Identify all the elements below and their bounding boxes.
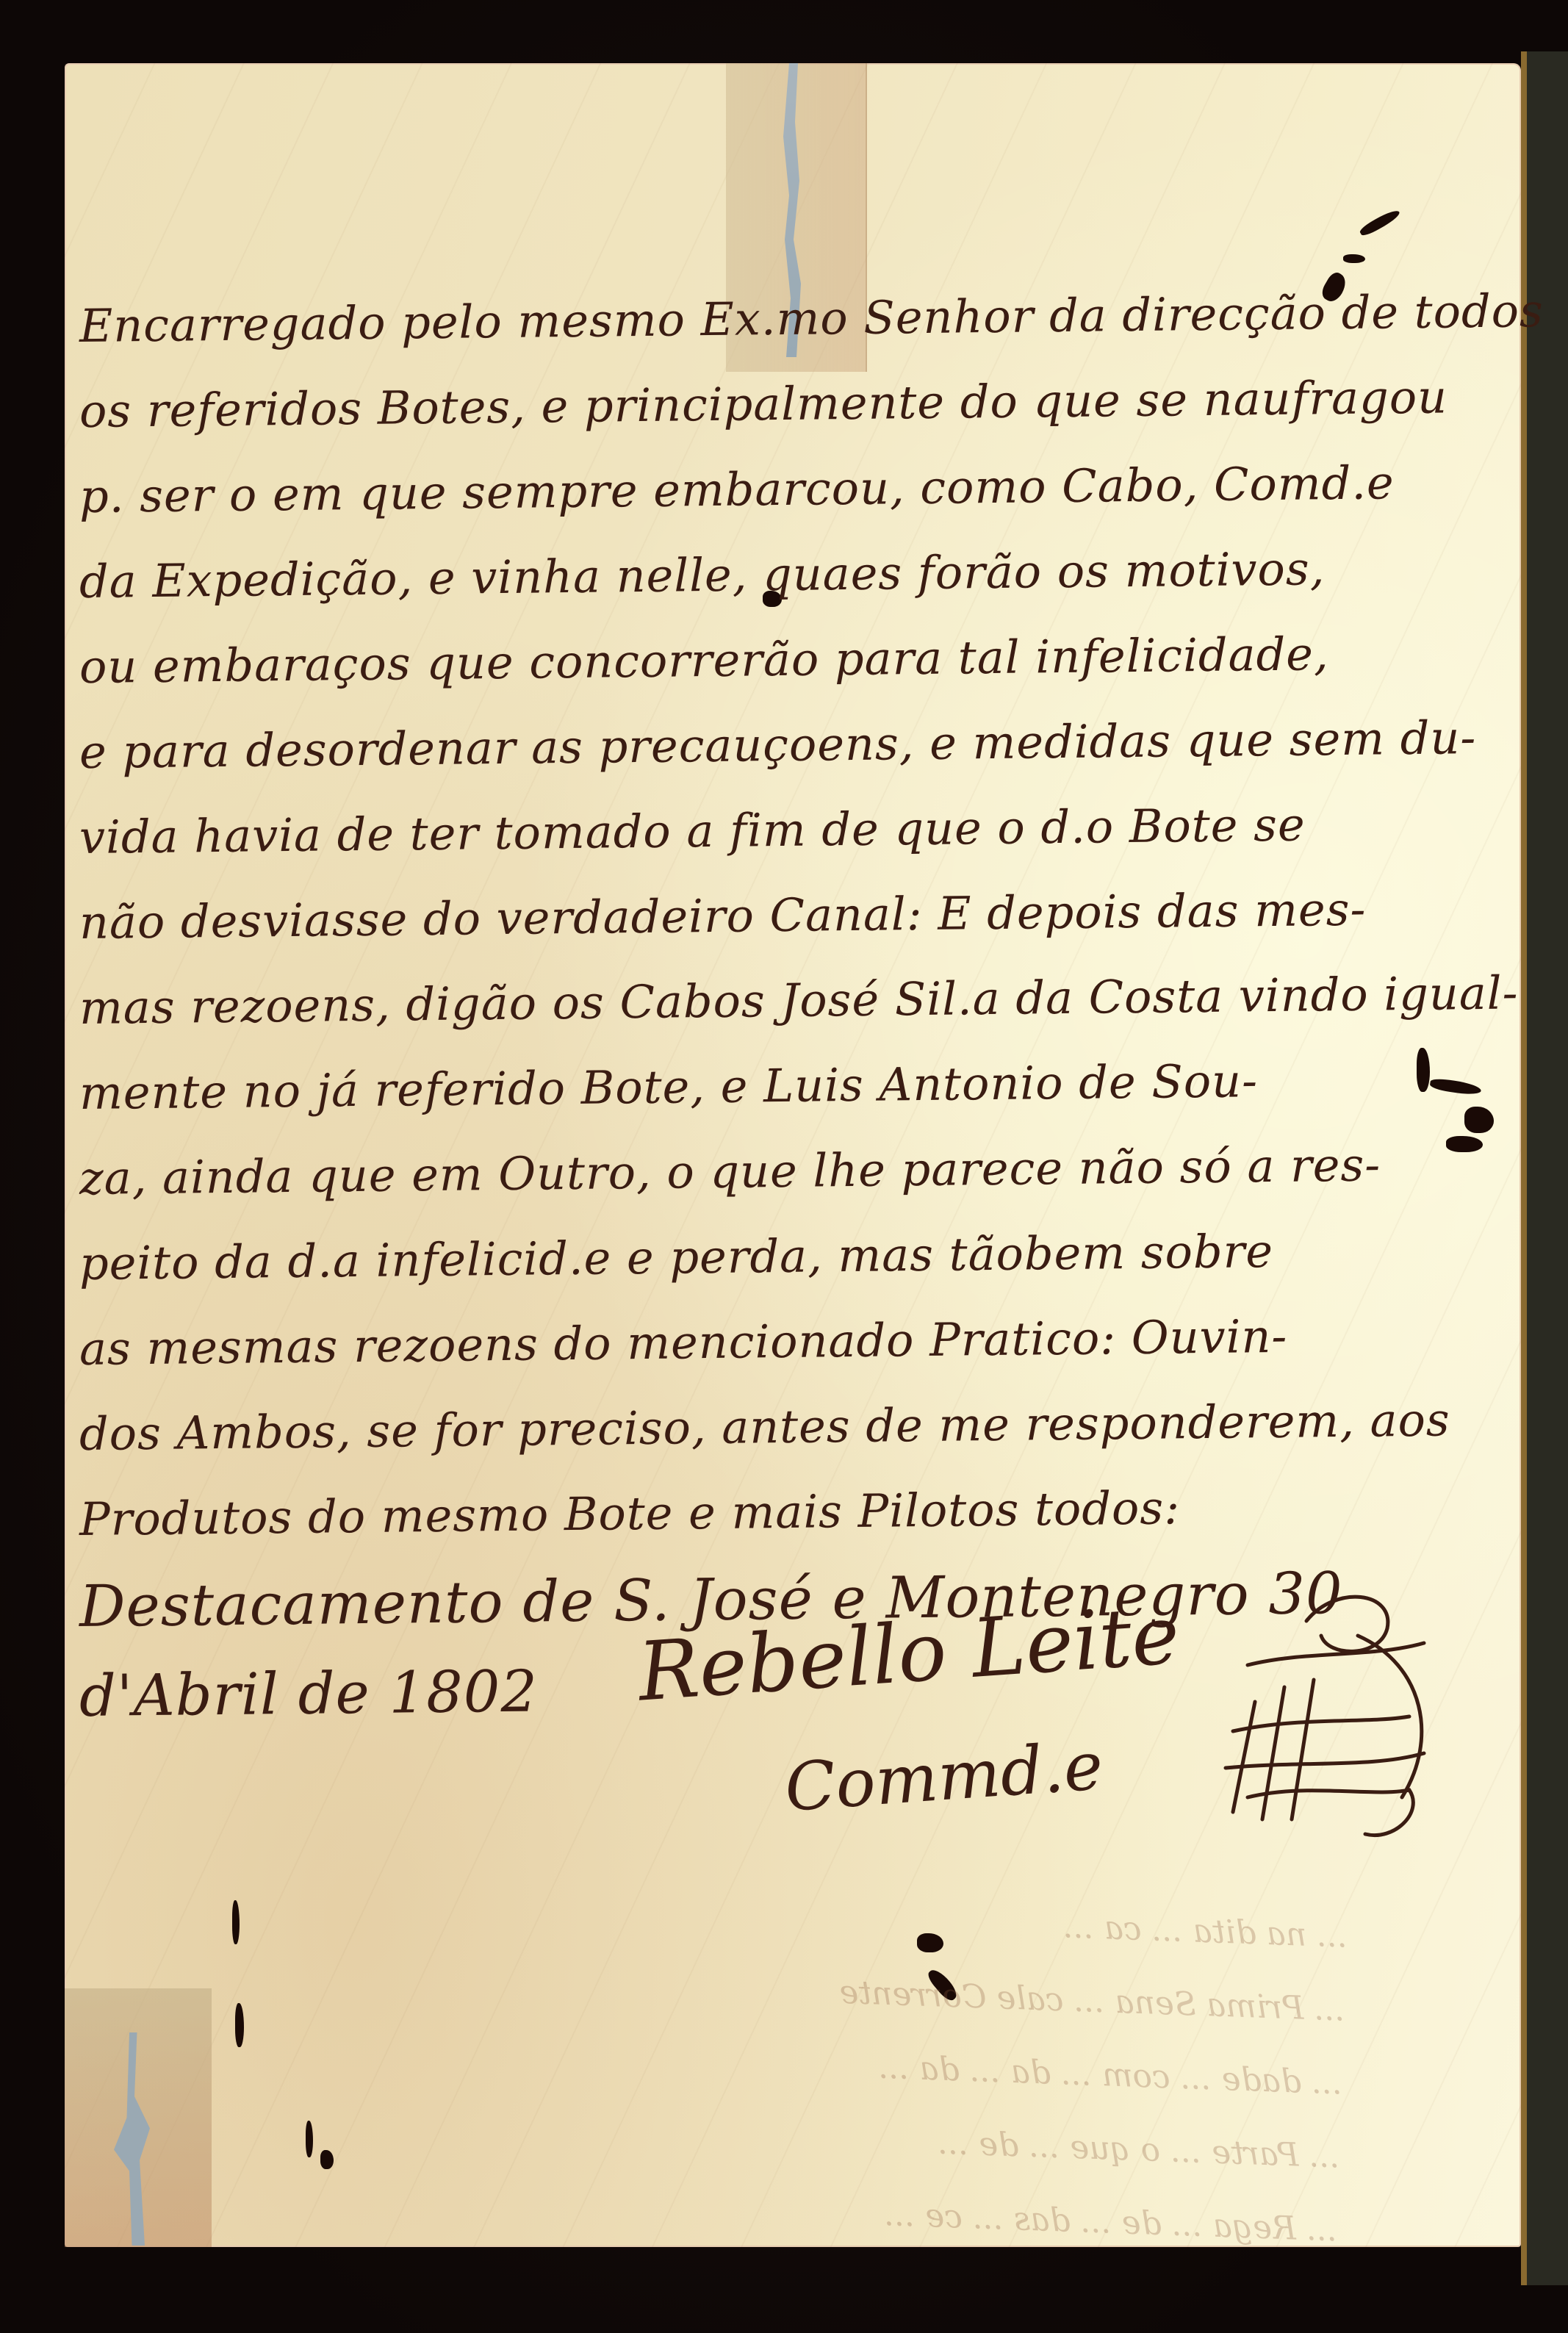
rubric-flourish-icon: [1204, 1577, 1446, 1871]
tear-repair-icon: [109, 2032, 160, 2246]
signature-name: Rebello Leite: [635, 1587, 1182, 1719]
bleed-line: ... na dita ... ca ...: [98, 1856, 1348, 1973]
body-line: mente no já referido Bote, e Luis Antoni…: [79, 1036, 1461, 1136]
bleed-through-text: ... na dita ... ca ... ... Prima Sena ..…: [88, 1856, 1349, 2252]
body-line: peito da d.a infelicid.e e perda, mas tã…: [79, 1207, 1461, 1306]
ink-blot-icon: [1359, 207, 1402, 238]
paper-repair-patch-bottom: [65, 1988, 212, 2247]
ink-blot-icon: [1343, 254, 1365, 263]
bleed-line: ... dade ... com ... da ... da ...: [93, 2003, 1343, 2120]
ink-blot-icon: [917, 1933, 943, 1952]
letter-body: Encarregado pelo mesmo Ex.mo Senhor da d…: [79, 284, 1461, 1741]
bleed-line: ... Parte ... o que ... de ...: [90, 2077, 1341, 2193]
bleed-line: ... Prima Sena ... cale Corrente: [96, 1930, 1346, 2046]
bleed-line: ... Rega ... de ... das ... ce ...: [87, 2150, 1338, 2267]
body-line: da Expedição, e vinha nelle, quaes forão…: [79, 525, 1461, 625]
ink-blot-icon: [235, 2003, 244, 2047]
body-line: dos Ambos, se for preciso, antes de me r…: [79, 1377, 1461, 1477]
body-line: Produtos do mesmo Bote e mais Pilotos to…: [79, 1462, 1461, 1562]
body-line: p. ser o em que sempre embarcou, como Ca…: [79, 439, 1461, 539]
manuscript-page: ... na dita ... ca ... ... Prima Sena ..…: [65, 63, 1521, 2247]
body-line: vida havia de ter tomado a fim de que o …: [79, 780, 1461, 880]
ink-blot-icon: [320, 2150, 334, 2169]
signature-title: Commd.e: [783, 1728, 1105, 1827]
ink-blot-icon: [1464, 1107, 1494, 1133]
ink-blot-icon: [232, 1900, 240, 1944]
body-line: não desviasse do verdadeiro Canal: E dep…: [79, 866, 1461, 966]
body-line: ou embaraços que concorrerão para tal in…: [79, 610, 1461, 710]
scan-scene: ... na dita ... ca ... ... Prima Sena ..…: [0, 0, 1568, 2333]
body-line: za, ainda que em Outro, o que lhe parece…: [79, 1121, 1461, 1221]
body-line: mas rezoens, digão os Cabos José Sil.a d…: [79, 951, 1461, 1051]
body-line: as mesmas rezoens do mencionado Pratico:…: [79, 1292, 1461, 1392]
body-line: e para desordenar as precauçoens, e medi…: [79, 695, 1461, 795]
body-line: Encarregado pelo mesmo Ex.mo Senhor da d…: [79, 269, 1461, 369]
signature-block: Rebello Leite Commd.e: [638, 1577, 1446, 1871]
ink-blot-icon: [925, 1966, 960, 2003]
ink-blot-icon: [306, 2121, 313, 2157]
mounting-board-edge: [1521, 51, 1568, 2285]
body-line: os referidos Botes, e principalmente do …: [79, 354, 1461, 454]
